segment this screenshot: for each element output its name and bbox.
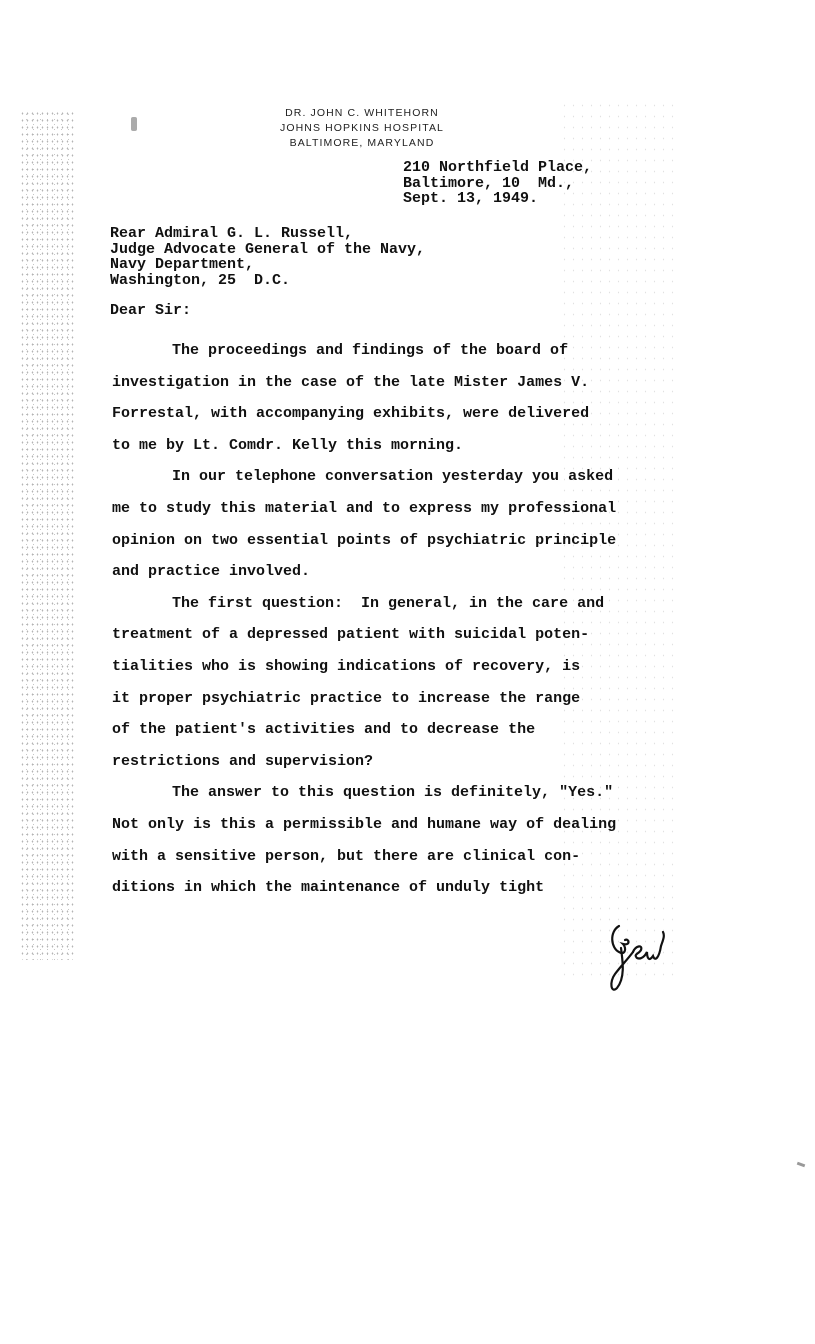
- recipient-title: Judge Advocate General of the Navy,: [110, 242, 425, 258]
- body-line: investigation in the case of the late Mi…: [112, 367, 672, 399]
- salutation: Dear Sir:: [110, 302, 191, 319]
- recipient-city: Washington, 25 D.C.: [110, 273, 425, 289]
- body-line: In our telephone conversation yesterday …: [112, 461, 672, 493]
- body-line: of the patient's activities and to decre…: [112, 714, 672, 746]
- body-line: Not only is this a permissible and human…: [112, 809, 672, 841]
- recipient-address: Rear Admiral G. L. Russell,Judge Advocat…: [110, 226, 425, 288]
- letter-body: The proceedings and findings of the boar…: [112, 335, 672, 904]
- body-line: Forrestal, with accompanying exhibits, w…: [112, 398, 672, 430]
- letter-page: DR. JOHN C. WHITEHORN JOHNS HOPKINS HOSP…: [0, 0, 815, 1344]
- body-line: treatment of a depressed patient with su…: [112, 619, 672, 651]
- signature-initials-icon: [605, 918, 675, 998]
- body-line: ditions in which the maintenance of undu…: [112, 872, 672, 904]
- letter-date: Sept. 13, 1949.: [403, 191, 592, 207]
- sender-street: 210 Northfield Place,: [403, 160, 592, 176]
- scan-mark-edge: [797, 1162, 806, 1168]
- sender-address: 210 Northfield Place,Baltimore, 10 Md.,S…: [403, 160, 592, 207]
- sender-city: Baltimore, 10 Md.,: [403, 176, 592, 192]
- recipient-name: Rear Admiral G. L. Russell,: [110, 226, 425, 242]
- letterhead-location: BALTIMORE, MARYLAND: [262, 136, 462, 151]
- letterhead-name: DR. JOHN C. WHITEHORN: [262, 106, 462, 121]
- body-line: it proper psychiatric practice to increa…: [112, 683, 672, 715]
- body-line: with a sensitive person, but there are c…: [112, 841, 672, 873]
- body-line: The proceedings and findings of the boar…: [112, 335, 672, 367]
- body-line: to me by Lt. Comdr. Kelly this morning.: [112, 430, 672, 462]
- scan-noise-left: [20, 110, 75, 960]
- body-line: me to study this material and to express…: [112, 493, 672, 525]
- body-line: opinion on two essential points of psych…: [112, 525, 672, 557]
- body-line: and practice involved.: [112, 556, 672, 588]
- body-line: The answer to this question is definitel…: [112, 777, 672, 809]
- letterhead-institution: JOHNS HOPKINS HOSPITAL: [262, 121, 462, 136]
- body-line: restrictions and supervision?: [112, 746, 672, 778]
- body-line: The first question: In general, in the c…: [112, 588, 672, 620]
- recipient-department: Navy Department,: [110, 257, 425, 273]
- scan-mark: [131, 117, 137, 131]
- body-line: tialities who is showing indications of …: [112, 651, 672, 683]
- letterhead: DR. JOHN C. WHITEHORN JOHNS HOPKINS HOSP…: [262, 106, 462, 151]
